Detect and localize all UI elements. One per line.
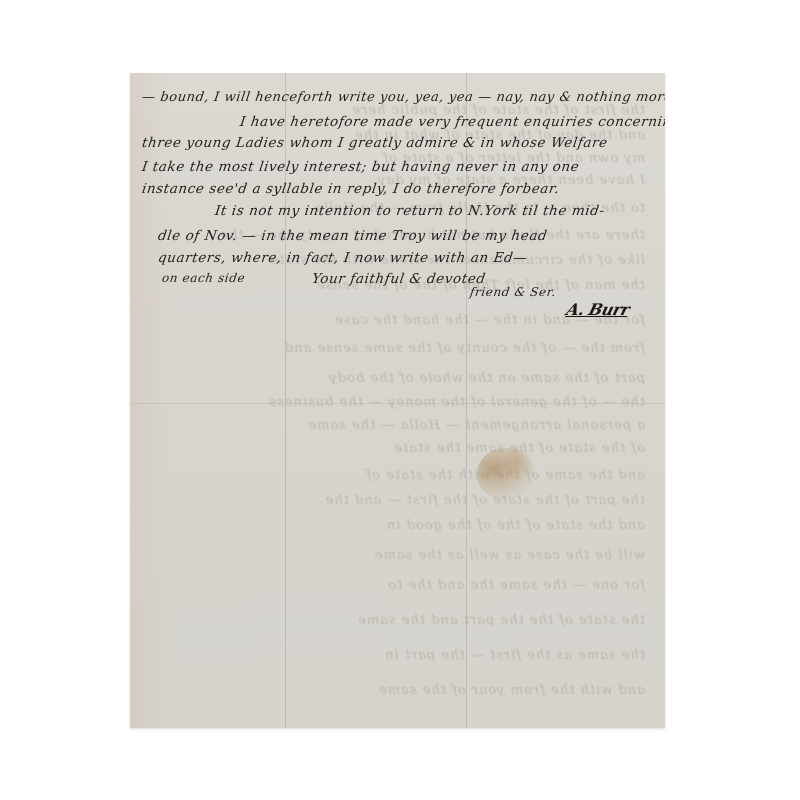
letter-closing-friend: friend & Ser.	[469, 285, 557, 299]
bleed-through-line: for one — the same the and the to	[150, 578, 645, 593]
letter-line-6: It is not my intention to return to N.Yo…	[214, 203, 606, 219]
bleed-through-line: the same as the first — the part in	[150, 648, 645, 663]
bleed-through-line: the state of the the part and the same	[150, 613, 645, 628]
letter-line-7: dle of Nov. — in the mean time Troy will…	[157, 228, 549, 244]
bleed-through-line: and with the from your of the same	[150, 683, 645, 698]
letter-line-5: instance see'd a syllable in reply, I do…	[141, 181, 561, 197]
letter-line-3: three young Ladies whom I greatly admire…	[141, 135, 609, 151]
bleed-through-line: from the — of the county of the same sen…	[150, 341, 645, 356]
bleed-through-line: will be the case as well as the same	[150, 548, 645, 563]
letter-closing: Your faithful & devoted	[311, 271, 487, 287]
signature: A. Burr	[564, 300, 631, 319]
letter-line-4: I take the most lively interest; but hav…	[141, 159, 581, 175]
letter-line-9: on each side	[161, 271, 246, 285]
bleed-through-line: and the same of the with the state of	[150, 468, 645, 483]
bleed-through-line: part of the same on the whole of the bod…	[150, 371, 645, 386]
bleed-through-line: of the state of the same the state	[150, 441, 645, 456]
letter-line-2: I have heretofore made very frequent enq…	[239, 114, 665, 130]
letter-line-1: — bound, I will henceforth write you, ye…	[141, 90, 665, 105]
bleed-through-line: and the state of the of the good in	[150, 518, 645, 533]
bleed-through-line: the — of the general of the money — the …	[150, 395, 645, 410]
letter-line-8: quarters, where, in fact, I now write wi…	[157, 250, 529, 266]
water-stain-secondary	[502, 445, 532, 479]
bleed-through-line: a personal arrangement — Holla — the sam…	[150, 418, 645, 433]
letter-paper: the first of the state of the public her…	[130, 73, 665, 728]
photo-stage: the first of the state of the public her…	[0, 0, 800, 800]
bleed-through-line: the part of the state of the first — and…	[150, 493, 645, 508]
